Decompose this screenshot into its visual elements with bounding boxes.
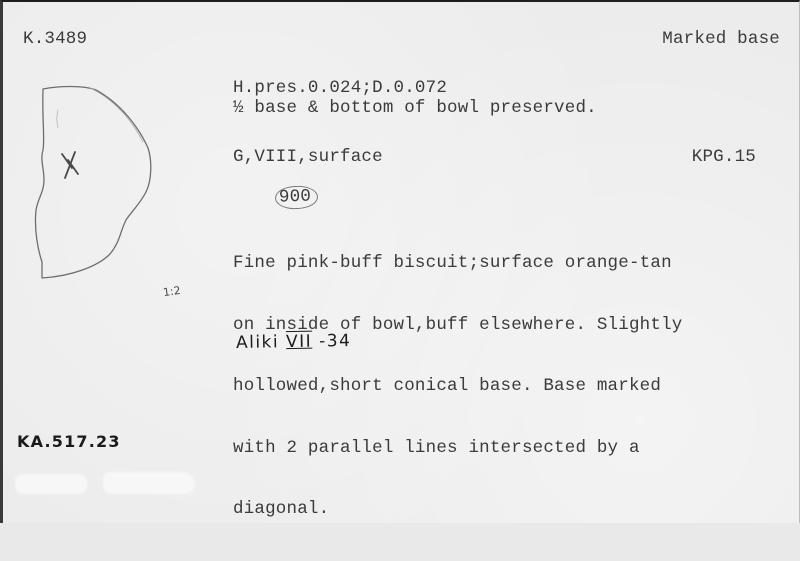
description: Fine pink-buff biscuit;surface orange-ta… bbox=[233, 212, 682, 523]
correction-fluid-mark bbox=[103, 472, 195, 494]
profile-outline bbox=[35, 87, 150, 279]
incised-mark-icon bbox=[62, 152, 78, 178]
description-line: with 2 parallel lines intersected by a bbox=[233, 438, 682, 459]
correction-fluid-mark bbox=[15, 474, 87, 494]
note-name: Aliki bbox=[236, 332, 279, 353]
note-suffix: -34 bbox=[319, 331, 352, 352]
lot-number: 900 bbox=[274, 185, 318, 209]
catalog-card: K.3489 Marked base H.pres.0.024;D.0.072 … bbox=[0, 0, 800, 523]
description-line: diagonal. bbox=[233, 499, 682, 520]
handwritten-note: Aliki VII -34 bbox=[236, 331, 352, 353]
preservation-note: ½ base & bottom of bowl preserved. bbox=[233, 98, 597, 119]
dimensions: H.pres.0.024;D.0.072 bbox=[233, 78, 447, 99]
kpg-reference: KPG.15 bbox=[692, 147, 756, 168]
description-line: hollowed,short conical base. Base marked bbox=[233, 376, 682, 397]
profile-sketch-drawing bbox=[28, 80, 158, 290]
drawing-scale: 1:2 bbox=[162, 284, 181, 299]
note-roman-numeral: VII bbox=[286, 332, 313, 352]
catalog-number: K.3489 bbox=[23, 29, 87, 50]
object-title: Marked base bbox=[662, 29, 780, 50]
inventory-number: KA.517.23 bbox=[17, 432, 121, 451]
description-line: Fine pink-buff biscuit;surface orange-ta… bbox=[233, 253, 682, 274]
